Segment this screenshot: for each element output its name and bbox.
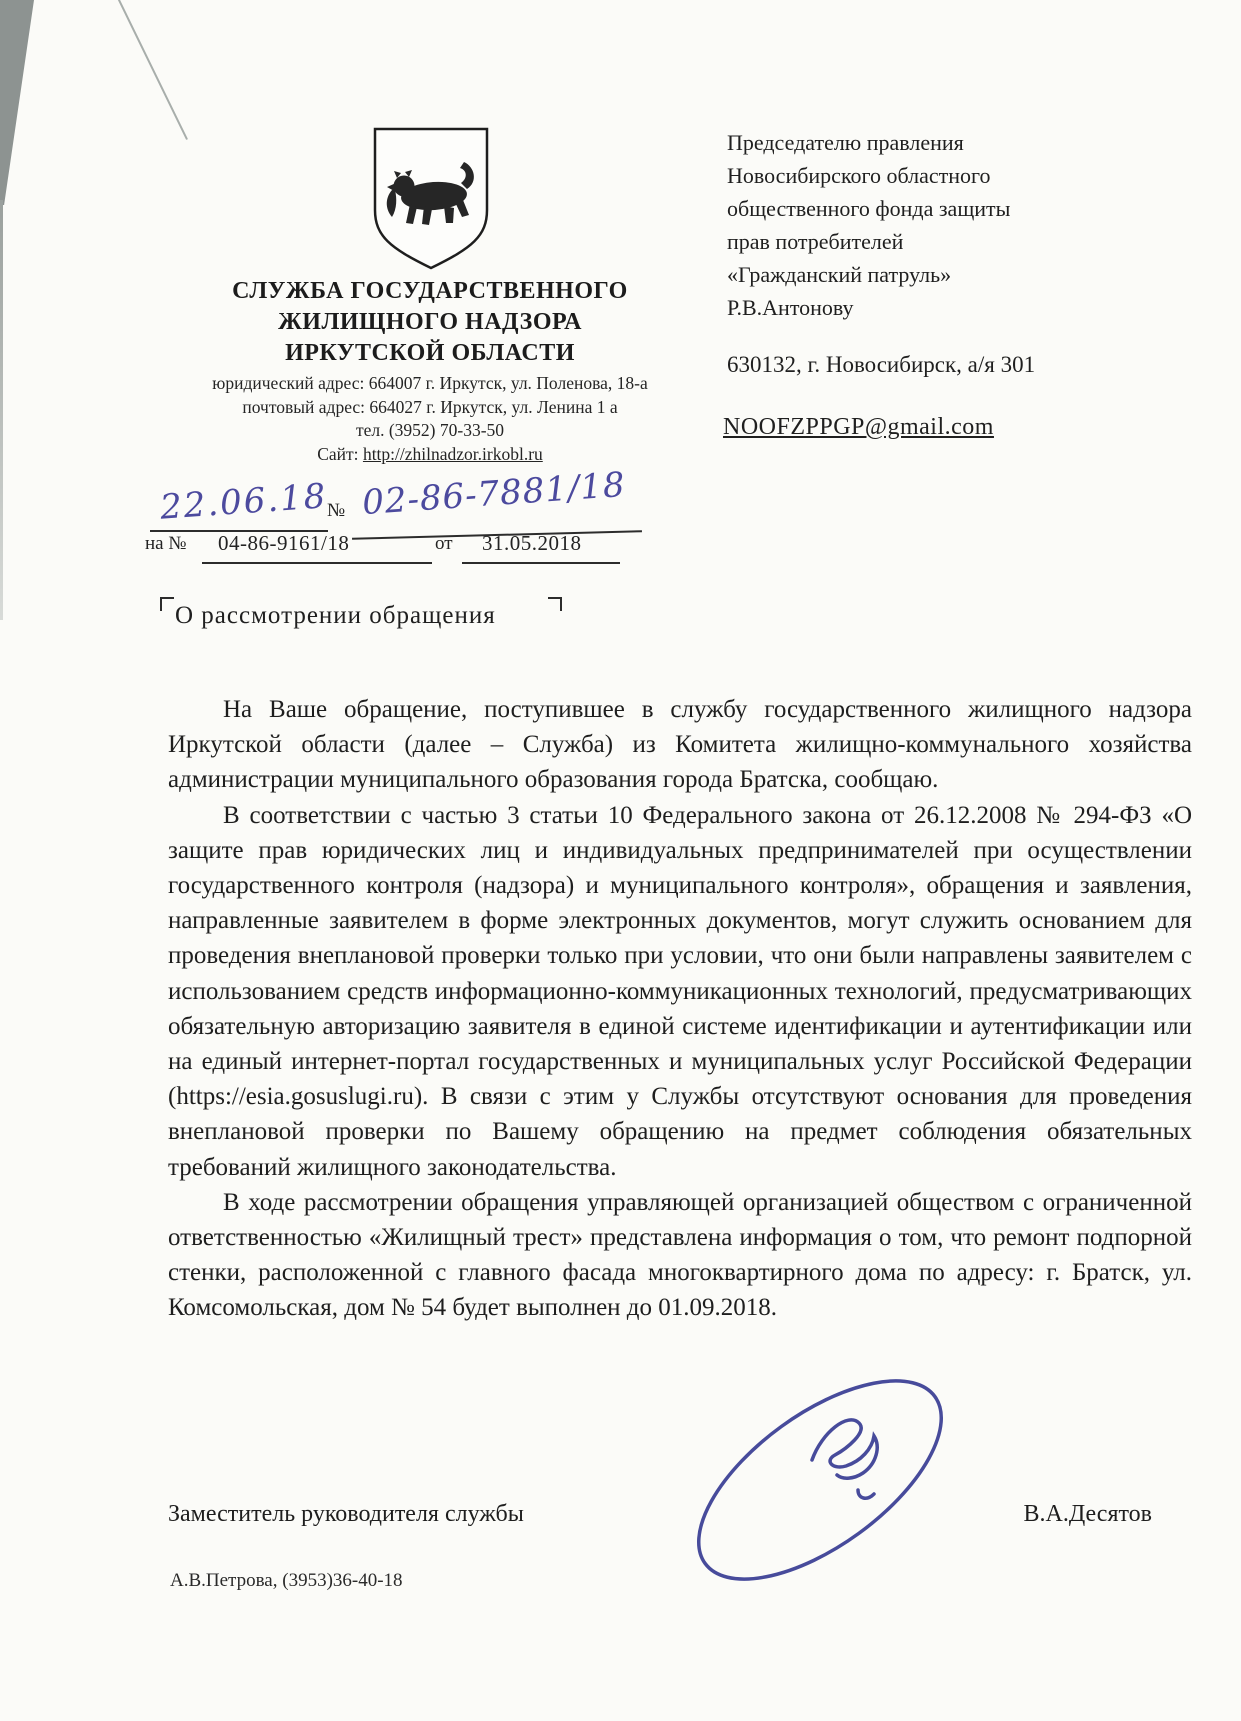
signer-name: В.А.Десятов [930, 1501, 1152, 1528]
signer-position-title: Заместитель руководителя службы [168, 1501, 524, 1528]
recipient-line: Новосибирского областного [727, 159, 1157, 192]
website-line: Сайт: http://zhilnadzor.irkobl.ru [118, 443, 742, 467]
site-label: Сайт: [317, 444, 358, 464]
handwritten-signature [662, 1332, 982, 1617]
recipient-name: Р.В.Антонову [727, 291, 1157, 324]
recipient-line: прав потребителей [727, 225, 1157, 258]
recipient-block: Председателю правления Новосибирского об… [727, 126, 1157, 324]
recipient-address: 630132, г. Новосибирск, а/я 301 [727, 352, 1035, 378]
org-name-line: ЖИЛИЩНОГО НАДЗОРА [140, 307, 720, 338]
legal-address: юридический адрес: 664007 г. Иркутск, ул… [118, 372, 742, 396]
recipient-line: общественного фонда защиты [727, 192, 1157, 225]
body-paragraph: На Ваше обращение, поступившее в службу … [168, 692, 1192, 798]
subject-corner-mark-right [548, 597, 562, 611]
handwritten-outgoing-number: 02-86-7881/18 [361, 465, 627, 523]
org-contacts: юридический адрес: 664007 г. Иркутск, ул… [118, 372, 742, 466]
subject-corner-mark-left [160, 597, 174, 611]
reply-number-underline [202, 562, 432, 564]
page-corner-crease [100, 0, 188, 140]
executor-contact: А.В.Петрова, (3953)36-40-18 [170, 1570, 403, 1592]
recipient-line: «Гражданский патруль» [727, 258, 1157, 291]
from-label: от [435, 533, 453, 555]
reply-to-date: 31.05.2018 [482, 531, 582, 556]
reply-to-label: на № [145, 533, 186, 555]
org-name-line: СЛУЖБА ГОСУДАРСТВЕННОГО [140, 276, 720, 307]
body-paragraph: В ходе рассмотрении обращения управляюще… [168, 1185, 1192, 1326]
scan-left-edge-artifact [0, 200, 3, 620]
handwritten-outgoing-date: 22.06.18 [159, 476, 329, 528]
subject-line: О рассмотрении обращения [175, 602, 496, 630]
scanned-letter-page: СЛУЖБА ГОСУДАРСТВЕННОГО ЖИЛИЩНОГО НАДЗОР… [0, 0, 1241, 1721]
recipient-email: NOOFZPPGP@gmail.com [723, 414, 994, 441]
site-url: http://zhilnadzor.irkobl.ru [363, 444, 543, 464]
body-paragraph: В соответствии с частью 3 статьи 10 Феде… [168, 798, 1192, 1185]
paper-fold-line [148, 0, 149, 980]
phone: тел. (3952) 70-33-50 [118, 419, 742, 443]
number-sign: № [327, 500, 345, 522]
letter-body: На Ваше обращение, поступившее в службу … [168, 692, 1192, 1326]
reply-to-number: 04-86-9161/18 [218, 531, 349, 556]
coat-of-arms-icon [368, 124, 494, 274]
org-name-line: ИРКУТСКОЙ ОБЛАСТИ [140, 338, 720, 369]
reply-date-underline [462, 562, 620, 564]
scan-corner-artifact [0, 0, 34, 205]
postal-address: почтовый адрес: 664027 г. Иркутск, ул. Л… [118, 396, 742, 420]
recipient-line: Председателю правления [727, 126, 1157, 159]
org-name: СЛУЖБА ГОСУДАРСТВЕННОГО ЖИЛИЩНОГО НАДЗОР… [140, 276, 720, 369]
